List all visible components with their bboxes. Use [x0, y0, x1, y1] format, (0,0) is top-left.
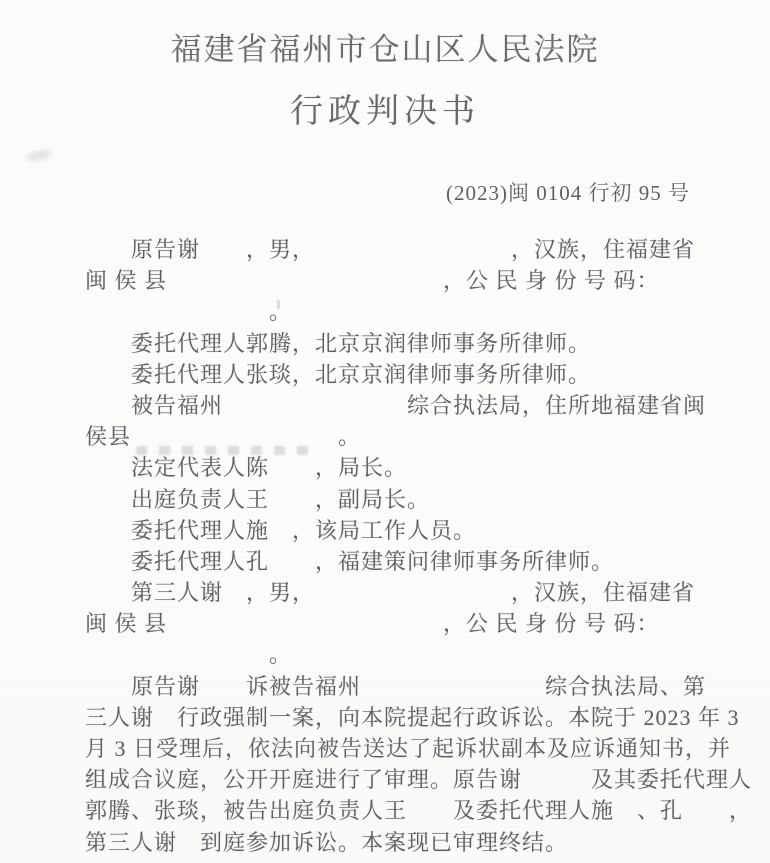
body-line: 原告谢 ，男， ，汉族，住福建省 [85, 234, 725, 265]
body-line: 委托代理人郭腾，北京京润律师事务所律师。 [85, 328, 725, 359]
judgment-document-page: 福建省福州市仓山区人民法院 行政判决书 (2023)闽 0104 行初 95 号… [0, 0, 770, 863]
body-line: 侯县 。 [85, 421, 725, 452]
body-line: 委托代理人施 ，该局工作人员。 [85, 515, 725, 546]
body-line: 被告福州 综合执法局，住所地福建省闽 [85, 390, 725, 421]
body-line: 第三人谢 ，男， ，汉族，住福建省 [85, 577, 725, 608]
body-line: 组成合议庭，公开开庭进行了审理。原告谢 及其委托代理人 [85, 764, 725, 795]
case-number: (2023)闽 0104 行初 95 号 [446, 177, 690, 207]
body-line: 委托代理人张琰，北京京润律师事务所律师。 [85, 359, 725, 390]
document-body: 原告谢 ，男， ，汉族，住福建省 闽 侯 县 ，公 民 身 份 号 码： 。 委… [85, 234, 725, 858]
body-line: 三人谢 行政强制一案，向本院提起行政诉讼。本院于 2023 年 3 [85, 702, 725, 733]
body-line: 法定代表人陈 ，局长。 [85, 452, 725, 483]
body-line: 闽 侯 县 ，公 民 身 份 号 码： [85, 265, 725, 296]
court-name-title: 福建省福州市仓山区人民法院 [0, 24, 770, 69]
body-line: 委托代理人孔 ，福建策问律师事务所律师。 [85, 546, 725, 577]
scan-smudge [25, 148, 52, 162]
body-line: 原告谢 诉被告福州 综合执法局、第 [85, 671, 725, 702]
body-line: 郭腾、张琰，被告出庭负责人王 及委托代理人施 、孔 ， [85, 795, 725, 826]
body-line: 。 [85, 296, 725, 327]
document-type-title: 行政判决书 [0, 85, 770, 132]
body-line: 闽 侯 县 ，公 民 身 份 号 码： [85, 608, 725, 639]
body-line: 月 3 日受理后，依法向被告送达了起诉状副本及应诉通知书，并 [85, 733, 725, 764]
body-line: 。 [85, 639, 725, 670]
body-line: 出庭负责人王 ，副局长。 [85, 484, 725, 515]
body-line: 第三人谢 到庭参加诉讼。本案现已审理终结。 [85, 827, 725, 858]
